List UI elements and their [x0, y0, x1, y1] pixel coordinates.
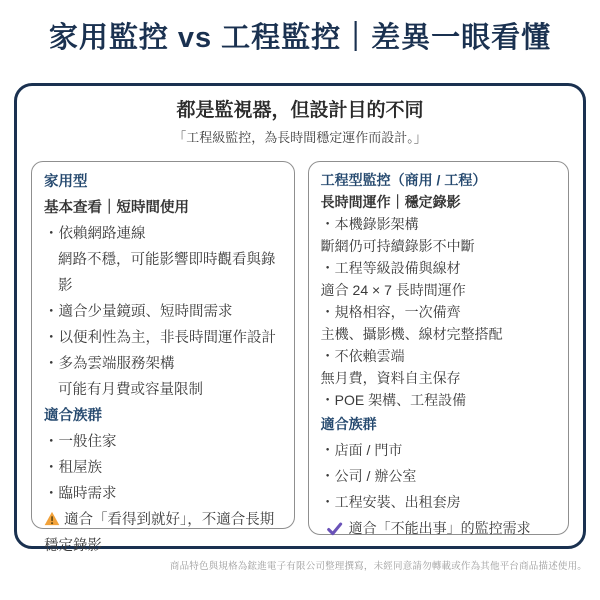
check-icon [326, 520, 349, 536]
engineering-card-subtitle: 長時間運作｜穩定錄影 [321, 191, 556, 213]
engineering-audience-item: ・工程安裝、出租套房 [321, 489, 556, 515]
home-warning-note: 適合「看得到就好」，不適合長期穩定錄影 [44, 507, 282, 559]
engineering-bullet: ・規格相容，一次備齊 [321, 301, 556, 323]
home-card-title: 家用型 [44, 169, 282, 195]
engineering-bullet: ・本機錄影架構 [321, 213, 556, 235]
intro-quote: 「工程級監控，為長時間穩定運作而設計。」 [29, 128, 571, 148]
engineering-bullet-detail: 斷網仍可持續錄影不中斷 [321, 235, 556, 257]
home-bullet-detail: 可能有月費或容量限制 [44, 377, 282, 403]
engineering-bullet-detail: 適合 24 × 7 長時間運作 [321, 279, 556, 301]
engineering-bullet: ・POE 架構、工程設備 [321, 389, 556, 411]
engineering-card-title: 工程型監控（商用 / 工程） [321, 169, 556, 191]
home-card-subtitle: 基本查看｜短時間使用 [44, 195, 282, 221]
engineering-check-text: 適合「不能出事」的監控需求 [349, 520, 531, 536]
home-bullet: ・多為雲端服務架構 [44, 351, 282, 377]
engineering-audience-heading: 適合族群 [321, 411, 556, 437]
comparison-cards: 家用型 基本查看｜短時間使用 ・依賴網路連線 網路不穩，可能影響即時觀看與錄影 … [29, 161, 571, 535]
home-bullet: ・適合少量鏡頭、短時間需求 [44, 299, 282, 325]
engineering-bullet: ・工程等級設備與線材 [321, 257, 556, 279]
engineering-bullet: ・不依賴雲端 [321, 345, 556, 367]
engineering-audience-item: ・店面 / 門市 [321, 437, 556, 463]
engineering-check-note: 適合「不能出事」的監控需求 [321, 515, 556, 541]
engineering-bullet-detail: 主機、攝影機、線材完整搭配 [321, 323, 556, 345]
intro-heading: 都是監視器，但設計目的不同 [29, 98, 571, 124]
home-warning-text: 適合「看得到就好」，不適合長期穩定錄影 [44, 512, 274, 554]
home-bullet: ・依賴網路連線 [44, 221, 282, 247]
home-audience-item: ・臨時需求 [44, 481, 282, 507]
home-audience-item: ・一般住家 [44, 429, 282, 455]
home-audience-heading: 適合族群 [44, 403, 282, 429]
engineering-audience-item: ・公司 / 辦公室 [321, 463, 556, 489]
warning-icon [44, 512, 64, 528]
engineering-type-card: 工程型監控（商用 / 工程） 長時間運作｜穩定錄影 ・本機錄影架構 斷網仍可持續… [308, 161, 569, 535]
home-bullet-detail: 網路不穩，可能影響即時觀看與錄影 [44, 247, 282, 299]
home-bullet: ・以便利性為主，非長時間運作設計 [44, 325, 282, 351]
home-type-card: 家用型 基本查看｜短時間使用 ・依賴網路連線 網路不穩，可能影響即時觀看與錄影 … [31, 161, 295, 529]
copyright-disclaimer: 商品特色與規格為鋐進電子有限公司整理撰寫，未經同意請勿轉載或作為其他平台商品描述… [0, 558, 600, 572]
home-audience-item: ・租屋族 [44, 455, 282, 481]
page-title: 家用監控 vs 工程監控｜差異一眼看懂 [8, 16, 592, 60]
engineering-bullet-detail: 無月費，資料自主保存 [321, 367, 556, 389]
comparison-panel: 都是監視器，但設計目的不同 「工程級監控，為長時間穩定運作而設計。」 家用型 基… [14, 83, 586, 549]
